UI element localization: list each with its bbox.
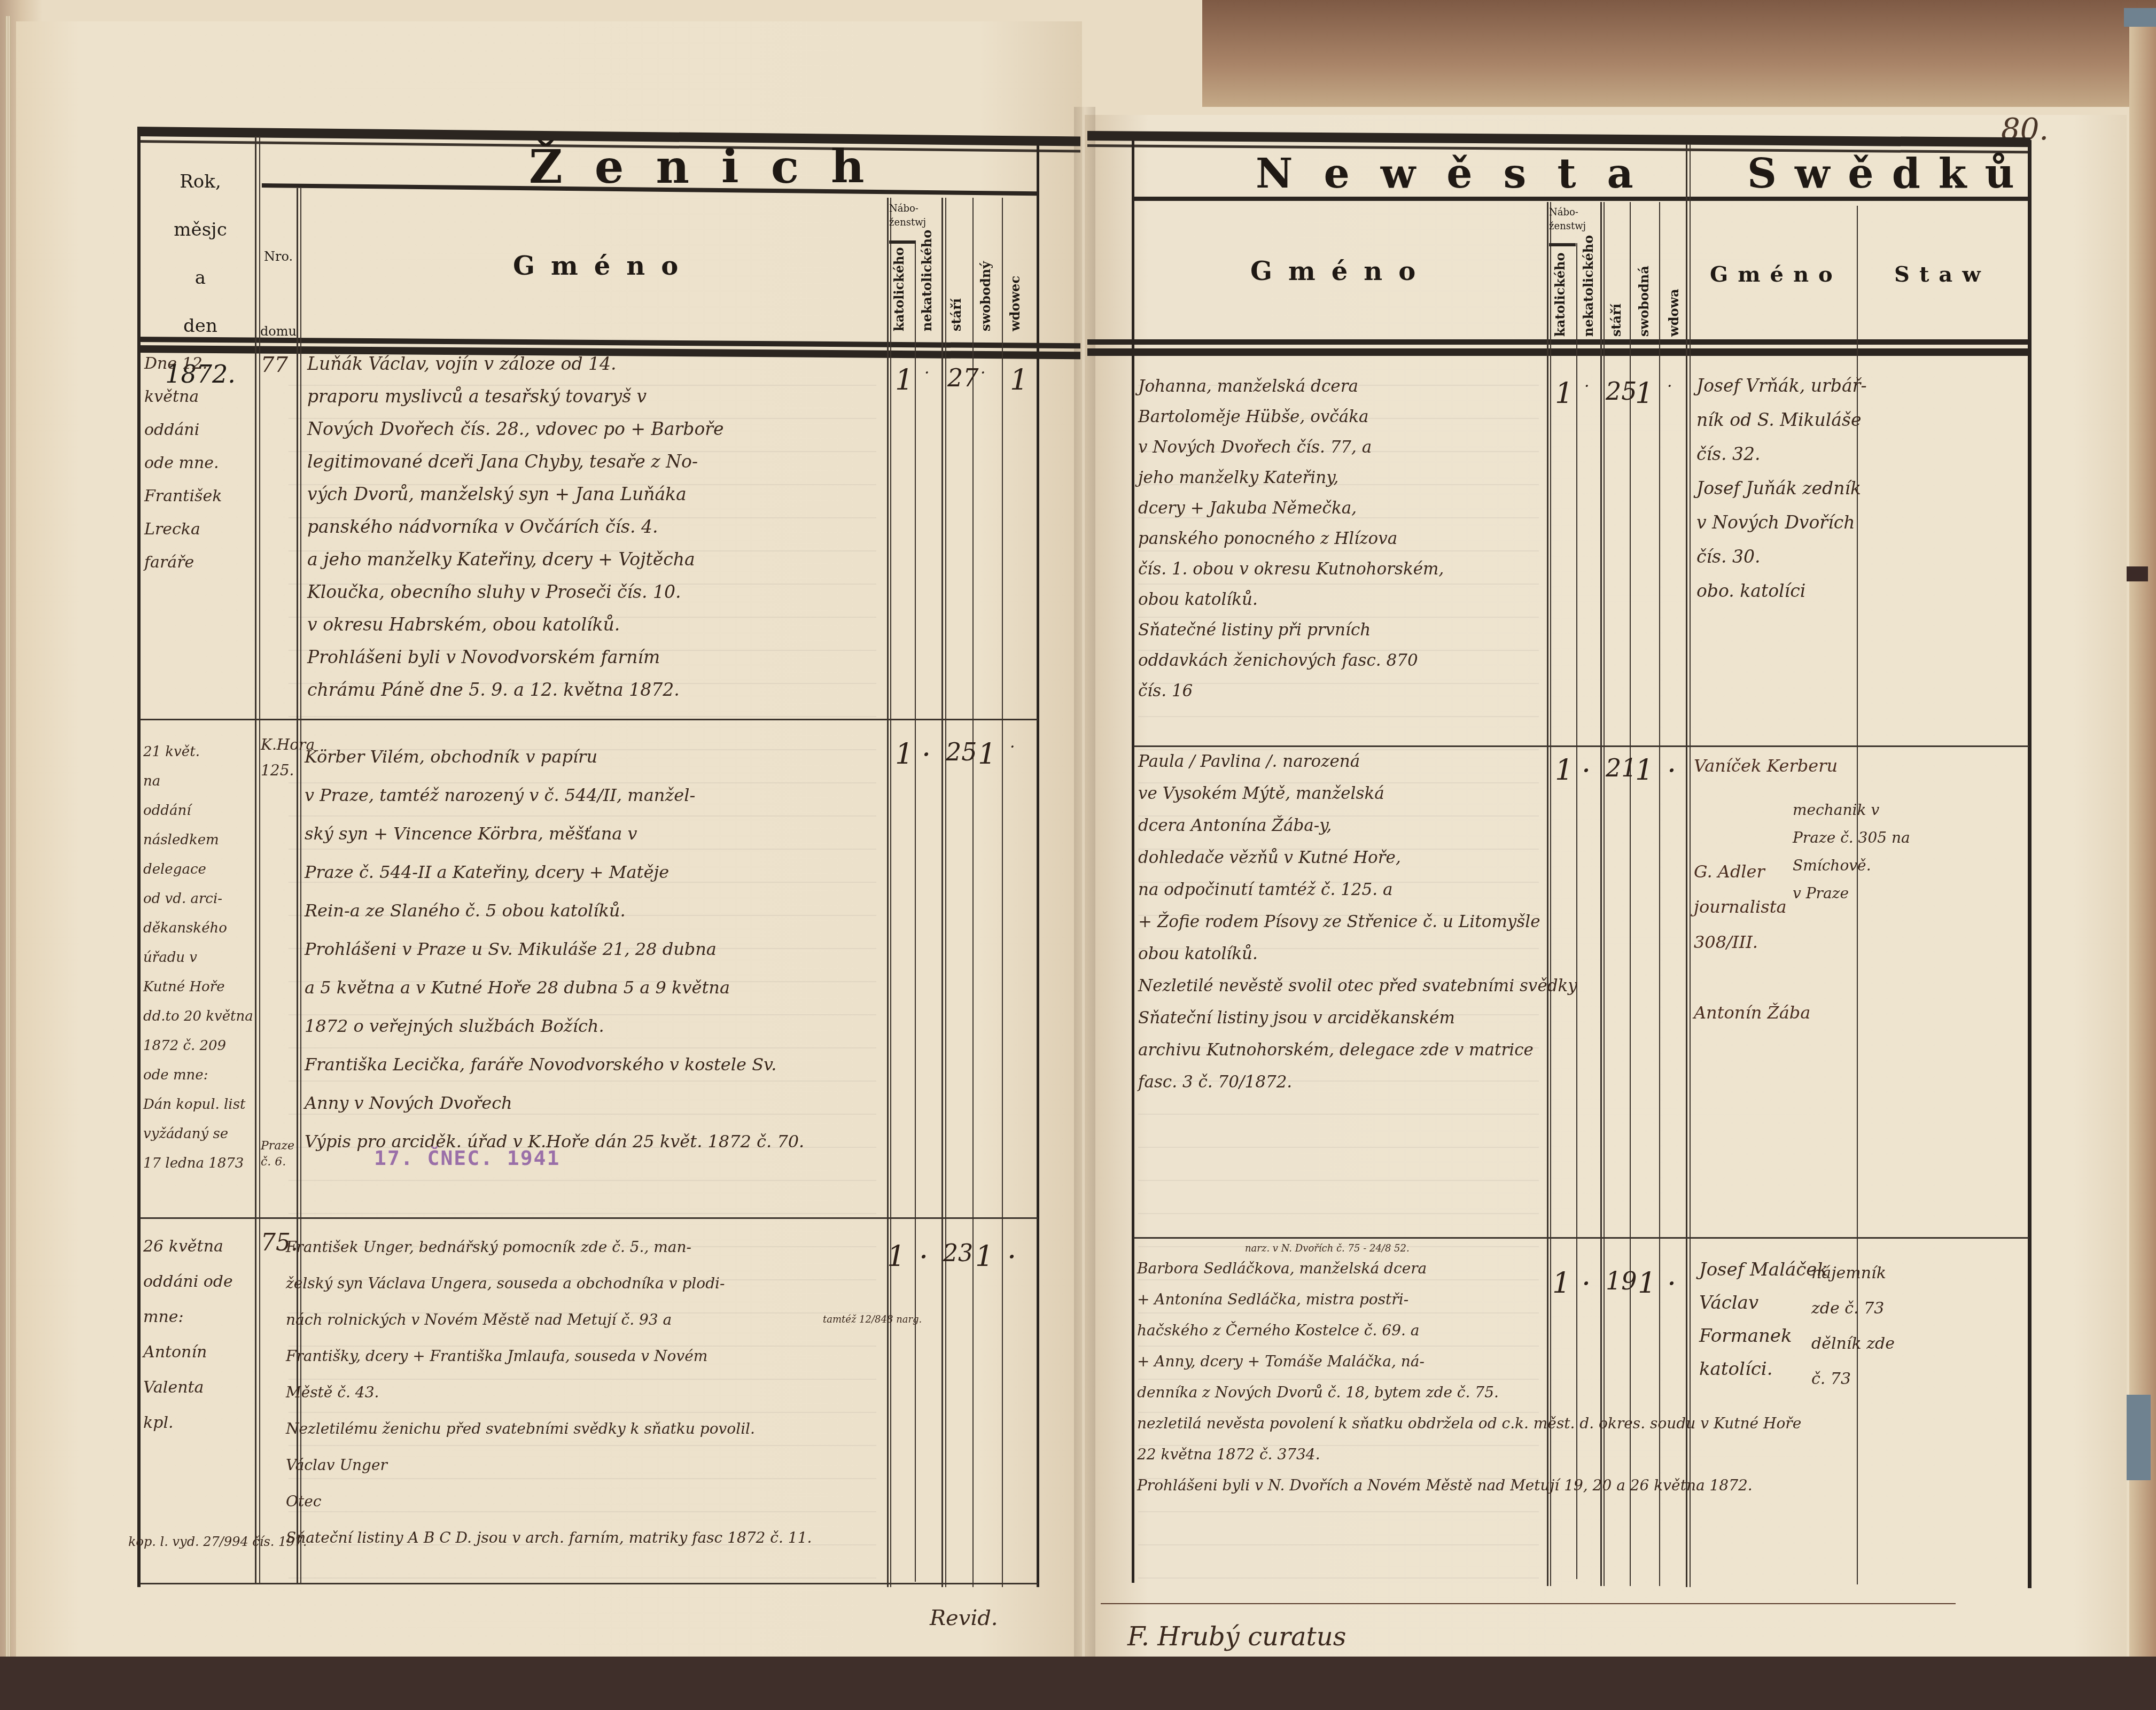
entry-3-groom-noncatholic: ·: [919, 1240, 928, 1273]
entry-1-bride-single: 1: [1635, 377, 1653, 410]
entry-2-groom-age: 25: [946, 737, 977, 766]
bride-section-title: Newěsta: [1256, 150, 1664, 197]
entry-3-bride-single: 1: [1638, 1266, 1656, 1300]
entry-2-groom-noncatholic: ·: [922, 737, 931, 771]
entry-3-bride-noncatholic: ·: [1582, 1266, 1591, 1300]
entry-1-bride-details: Johanna, manželská dcera Bartoloměje Hüb…: [1138, 371, 1544, 706]
groom-section-title: Ženich: [529, 140, 897, 194]
entry-1-date-note: Dne 12. května oddáni ode mne. František…: [144, 347, 254, 579]
groom-subcol-noncatholic: nekatolického: [919, 251, 935, 331]
bride-religion-group-rule: [1549, 243, 1576, 246]
house-col-header: Nro. domu: [260, 219, 297, 369]
bookmark-tab-top: [2124, 8, 2156, 27]
religion-group-rule: [889, 240, 916, 244]
revised-signature: Revid.: [930, 1606, 998, 1630]
entry-3-bride-catholic: 1: [1552, 1266, 1570, 1300]
entry-separator-2-left: [140, 1217, 1038, 1219]
entry-3-groom-age: 23: [943, 1240, 973, 1267]
entry-3-date-note: 26 května oddáni ode mne: Antonín Valent…: [143, 1229, 253, 1441]
archive-date-stamp: 17. ČNEC. 1941: [374, 1146, 560, 1170]
entry-2-groom-single: 1: [978, 737, 996, 771]
witness-name-col-header: Gméno: [1710, 262, 1842, 287]
groom-name-col-header: Gméno: [513, 251, 694, 281]
groom-subcol-catholic: katolického: [891, 251, 907, 331]
entry-1-groom-single: ·: [980, 363, 986, 382]
date-col-header-line: měsjc: [147, 206, 254, 254]
entry-1-bride-catholic: 1: [1555, 377, 1573, 410]
entry-2-bride-single: 1: [1635, 753, 1653, 787]
entry-3-groom-details: František Unger, bednářský pomocník zde …: [286, 1229, 900, 1556]
entry-2-bride-age: 21: [1606, 753, 1637, 782]
entry-1-groom-widower: 1: [1010, 363, 1028, 397]
witness-status-col-header: Staw: [1894, 262, 1990, 287]
entry-separator-2-right: [1134, 1237, 2029, 1239]
bride-subcol-noncatholic: nekatolického: [1581, 256, 1596, 337]
entry-3-groom-catholic: 1: [887, 1240, 905, 1273]
book-bottom-edge: [0, 1657, 2156, 1710]
right-header-rule-2: [1087, 348, 2030, 356]
date-col-header-line: den: [147, 302, 254, 350]
entry-1-house-no: 77: [261, 353, 288, 377]
entry-3-witness-status: nájemník zde č. 73 dělník zde č. 73: [1811, 1256, 2025, 1397]
curate-signature-line: [1101, 1603, 1956, 1604]
entry-3-bride-widow: ·: [1667, 1266, 1676, 1300]
right-left-border: [1132, 140, 1134, 1583]
page-edges-left: [5, 16, 11, 1662]
witness-section-title: Swědků: [1747, 150, 2033, 197]
bride-title-rule: [1133, 197, 2030, 201]
entry-3-groom-single: 1: [975, 1240, 993, 1273]
entry-1-bride-age: 25: [1606, 377, 1637, 406]
book-cover-top: [1202, 0, 2156, 107]
entry-3-footer-note: kop. l. vyd. 27/994 čís. 197.: [128, 1534, 307, 1550]
entry-2-groom-widower: ·: [1010, 737, 1015, 756]
left-border: [137, 134, 141, 1587]
entry-2-house-note: Praze č. 6.: [261, 1138, 298, 1170]
groom-subcol-age: stáří: [948, 299, 964, 331]
entry-1-bride-noncatholic: ·: [1584, 377, 1590, 395]
entry-separator-3-left: [140, 1583, 1038, 1584]
house-col-header-line: Nro.: [260, 219, 297, 294]
right-header-rule: [1087, 339, 2030, 345]
groom-religion-group-header: Nábo-ženstwj: [889, 202, 917, 230]
entry-2-bride-catholic: 1: [1555, 753, 1573, 787]
curate-signature: F. Hrubý curatus: [1127, 1622, 1346, 1652]
entry-2-bride-widow: ·: [1667, 753, 1676, 787]
entry-3-bride-age: 19: [1606, 1266, 1637, 1295]
bride-subcol-catholic: katolického: [1552, 256, 1568, 337]
right-right-border: [2028, 140, 2032, 1588]
entry-2-groom-catholic: 1: [895, 737, 913, 771]
entry-separator-1-left: [140, 719, 1038, 720]
bride-religion-group-header: Nábo-ženstwj: [1549, 206, 1577, 234]
entry-1-groom-noncatholic: ·: [924, 363, 930, 382]
entry-2-date-note: 21 květ. na oddání následkem delegace od…: [143, 737, 255, 1178]
groom-subcol-widower: wdowec: [1007, 273, 1023, 331]
groom-subcol-single: swobodný: [978, 256, 993, 331]
entry-1-bride-widow: ·: [1667, 377, 1672, 395]
bride-subcol-age: stáří: [1608, 305, 1624, 337]
bride-subcol-single: swobodná: [1636, 262, 1652, 337]
entry-2-witness-status: mechanik v Praze č. 305 na Smíchově. v P…: [1793, 796, 2017, 907]
bride-subcol-widow: wdowa: [1666, 278, 1682, 337]
entry-2-bride-details: Paula / Pavlina /. narozená ve Vysokém M…: [1138, 745, 1699, 1098]
entry-3-margin-note: tamtéž 12/848 narg.: [823, 1312, 922, 1328]
entry-1-witnesses: Josef Vrňák, urbář- ník od S. Mikuláše č…: [1696, 369, 2017, 608]
entry-3-groom-widower: ·: [1007, 1240, 1016, 1273]
entry-1-groom-age: 27: [947, 363, 979, 392]
entry-2-bride-noncatholic: ·: [1582, 753, 1591, 787]
date-col-header-line: Rok,: [147, 158, 254, 206]
entry-2-groom-details: Körber Vilém, obchodník v papíru v Praze…: [305, 737, 1047, 1161]
entry-2-house-no: K.Hora 125.: [261, 732, 298, 783]
entry-1-groom-details: Luňák Václav, vojín v záloze od 14. prap…: [307, 347, 884, 706]
date-col-header-line: a: [147, 254, 254, 302]
entry-1-groom-catholic: 1: [895, 363, 913, 397]
bride-name-col-header: Gméno: [1250, 256, 1431, 286]
